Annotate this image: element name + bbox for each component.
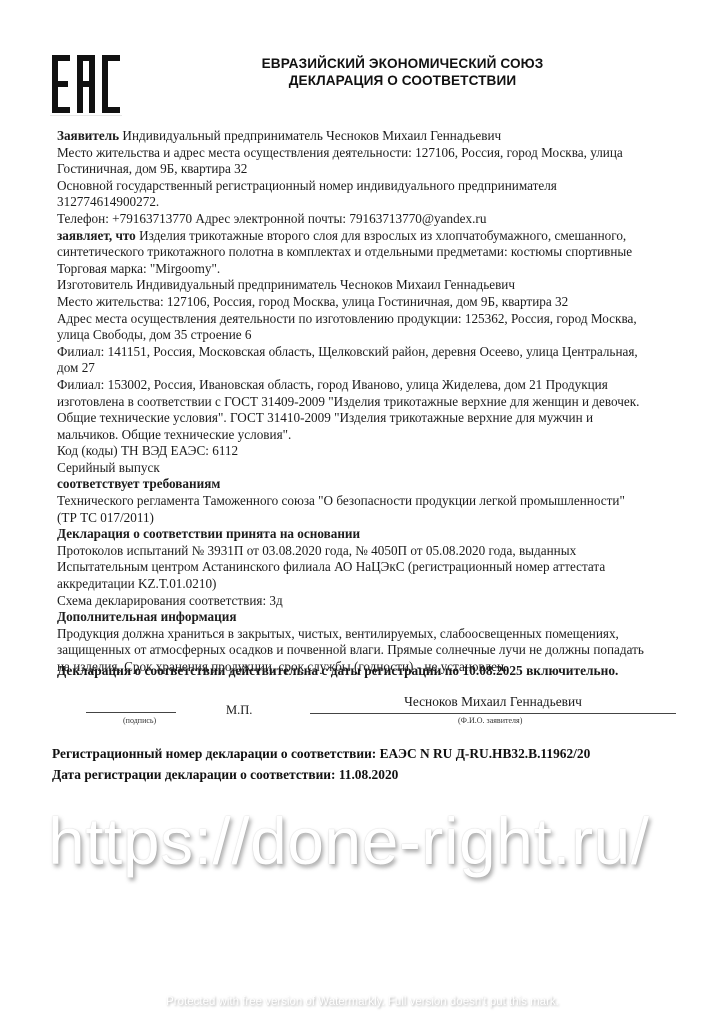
applicant-address-2: Гостиничная, дом 9Б, квартира 32 — [57, 161, 683, 178]
declaration-body: Заявитель Индивидуальный предприниматель… — [57, 128, 683, 676]
additional-line-2: защищенных от атмосферных осадков и почв… — [57, 642, 683, 659]
declaration-scheme: Схема декларирования соответствия: 3д — [57, 593, 683, 610]
tn-ved-code: Код (коды) ТН ВЭД ЕАЭС: 6112 — [57, 443, 683, 460]
applicant-ogrn-2: 312774614900272. — [57, 194, 683, 211]
compliance-line-2: (ТР ТС 017/2011) — [57, 510, 683, 527]
additional-line-1: Продукция должна храниться в закрытых, ч… — [57, 626, 683, 643]
manufacturer-line-1: Изготовитель Индивидуальный предпринимат… — [57, 277, 683, 294]
signature-line — [86, 712, 176, 713]
product-line-2: синтетического трикотажного полотна в ко… — [57, 244, 683, 261]
stamp-label: М.П. — [226, 703, 252, 718]
applicant-name: Индивидуальный предприниматель Чесноков … — [119, 128, 501, 143]
manufacturer-line-9: Общие технические условия". ГОСТ 31410-2… — [57, 410, 683, 427]
compliance-label: соответствует требованиям — [57, 476, 683, 493]
additional-label: Дополнительная информация — [57, 609, 683, 626]
manufacturer-line-4: улица Свободы, дом 35 строение 6 — [57, 327, 683, 344]
signer-label: (Ф.И.О. заявителя) — [458, 716, 522, 725]
registration-date: Дата регистрации декларации о соответств… — [52, 767, 398, 783]
watermark-note: Protected with free version of Watermark… — [0, 996, 725, 1008]
manufacturer-line-3: Адрес места осуществления деятельности п… — [57, 311, 683, 328]
validity-statement: Декларация о соответствии действительна … — [57, 662, 697, 679]
basis-label: Декларация о соответствии принята на осн… — [57, 526, 683, 543]
applicant-address-1: Место жительства и адрес места осуществл… — [57, 145, 683, 162]
manufacturer-line-8: изготовлена в соответствии с ГОСТ 31409-… — [57, 394, 683, 411]
product-label: заявляет, что — [57, 228, 136, 243]
watermark-url: https://done-right.ru/ — [48, 803, 650, 879]
applicant-line: Заявитель Индивидуальный предприниматель… — [57, 128, 683, 145]
title-declaration: ДЕКЛАРАЦИЯ О СООТВЕТСТВИИ — [200, 73, 605, 90]
manufacturer-line-5: Филиал: 141151, Россия, Московская облас… — [57, 344, 683, 361]
product-trademark: Торговая марка: "Mirgoomy". — [57, 261, 683, 278]
manufacturer-line-2: Место жительства: 127106, Россия, город … — [57, 294, 683, 311]
release-type: Серийный выпуск — [57, 460, 683, 477]
document-title: ЕВРАЗИЙСКИЙ ЭКОНОМИЧЕСКИЙ СОЮЗ ДЕКЛАРАЦИ… — [200, 56, 605, 89]
compliance-line-1: Технического регламента Таможенного союз… — [57, 493, 683, 510]
basis-line-3: аккредитации KZ.T.01.0210) — [57, 576, 683, 593]
signer-name-line — [310, 713, 676, 714]
eac-logo-icon — [52, 55, 122, 113]
signature-label: (подпись) — [123, 716, 156, 725]
applicant-ogrn-1: Основной государственный регистрационный… — [57, 178, 683, 195]
basis-line-2: Испытательным центром Астанинского филиа… — [57, 559, 683, 576]
signer-name: Чесноков Михаил Геннадьевич — [310, 694, 676, 710]
registration-number: Регистрационный номер декларации о соотв… — [52, 746, 590, 762]
applicant-label: Заявитель — [57, 128, 119, 143]
manufacturer-line-7: Филиал: 153002, Россия, Ивановская облас… — [57, 377, 683, 394]
applicant-contacts: Телефон: +79163713770 Адрес электронной … — [57, 211, 683, 228]
logo-underline — [50, 115, 122, 116]
manufacturer-line-6: дом 27 — [57, 360, 683, 377]
manufacturer-line-10: мальчиков. Общие технические условия". — [57, 427, 683, 444]
product-line-1: заявляет, что Изделия трикотажные второг… — [57, 228, 683, 245]
basis-line-1: Протоколов испытаний № 3931П от 03.08.20… — [57, 543, 683, 560]
title-union: ЕВРАЗИЙСКИЙ ЭКОНОМИЧЕСКИЙ СОЮЗ — [200, 56, 605, 73]
